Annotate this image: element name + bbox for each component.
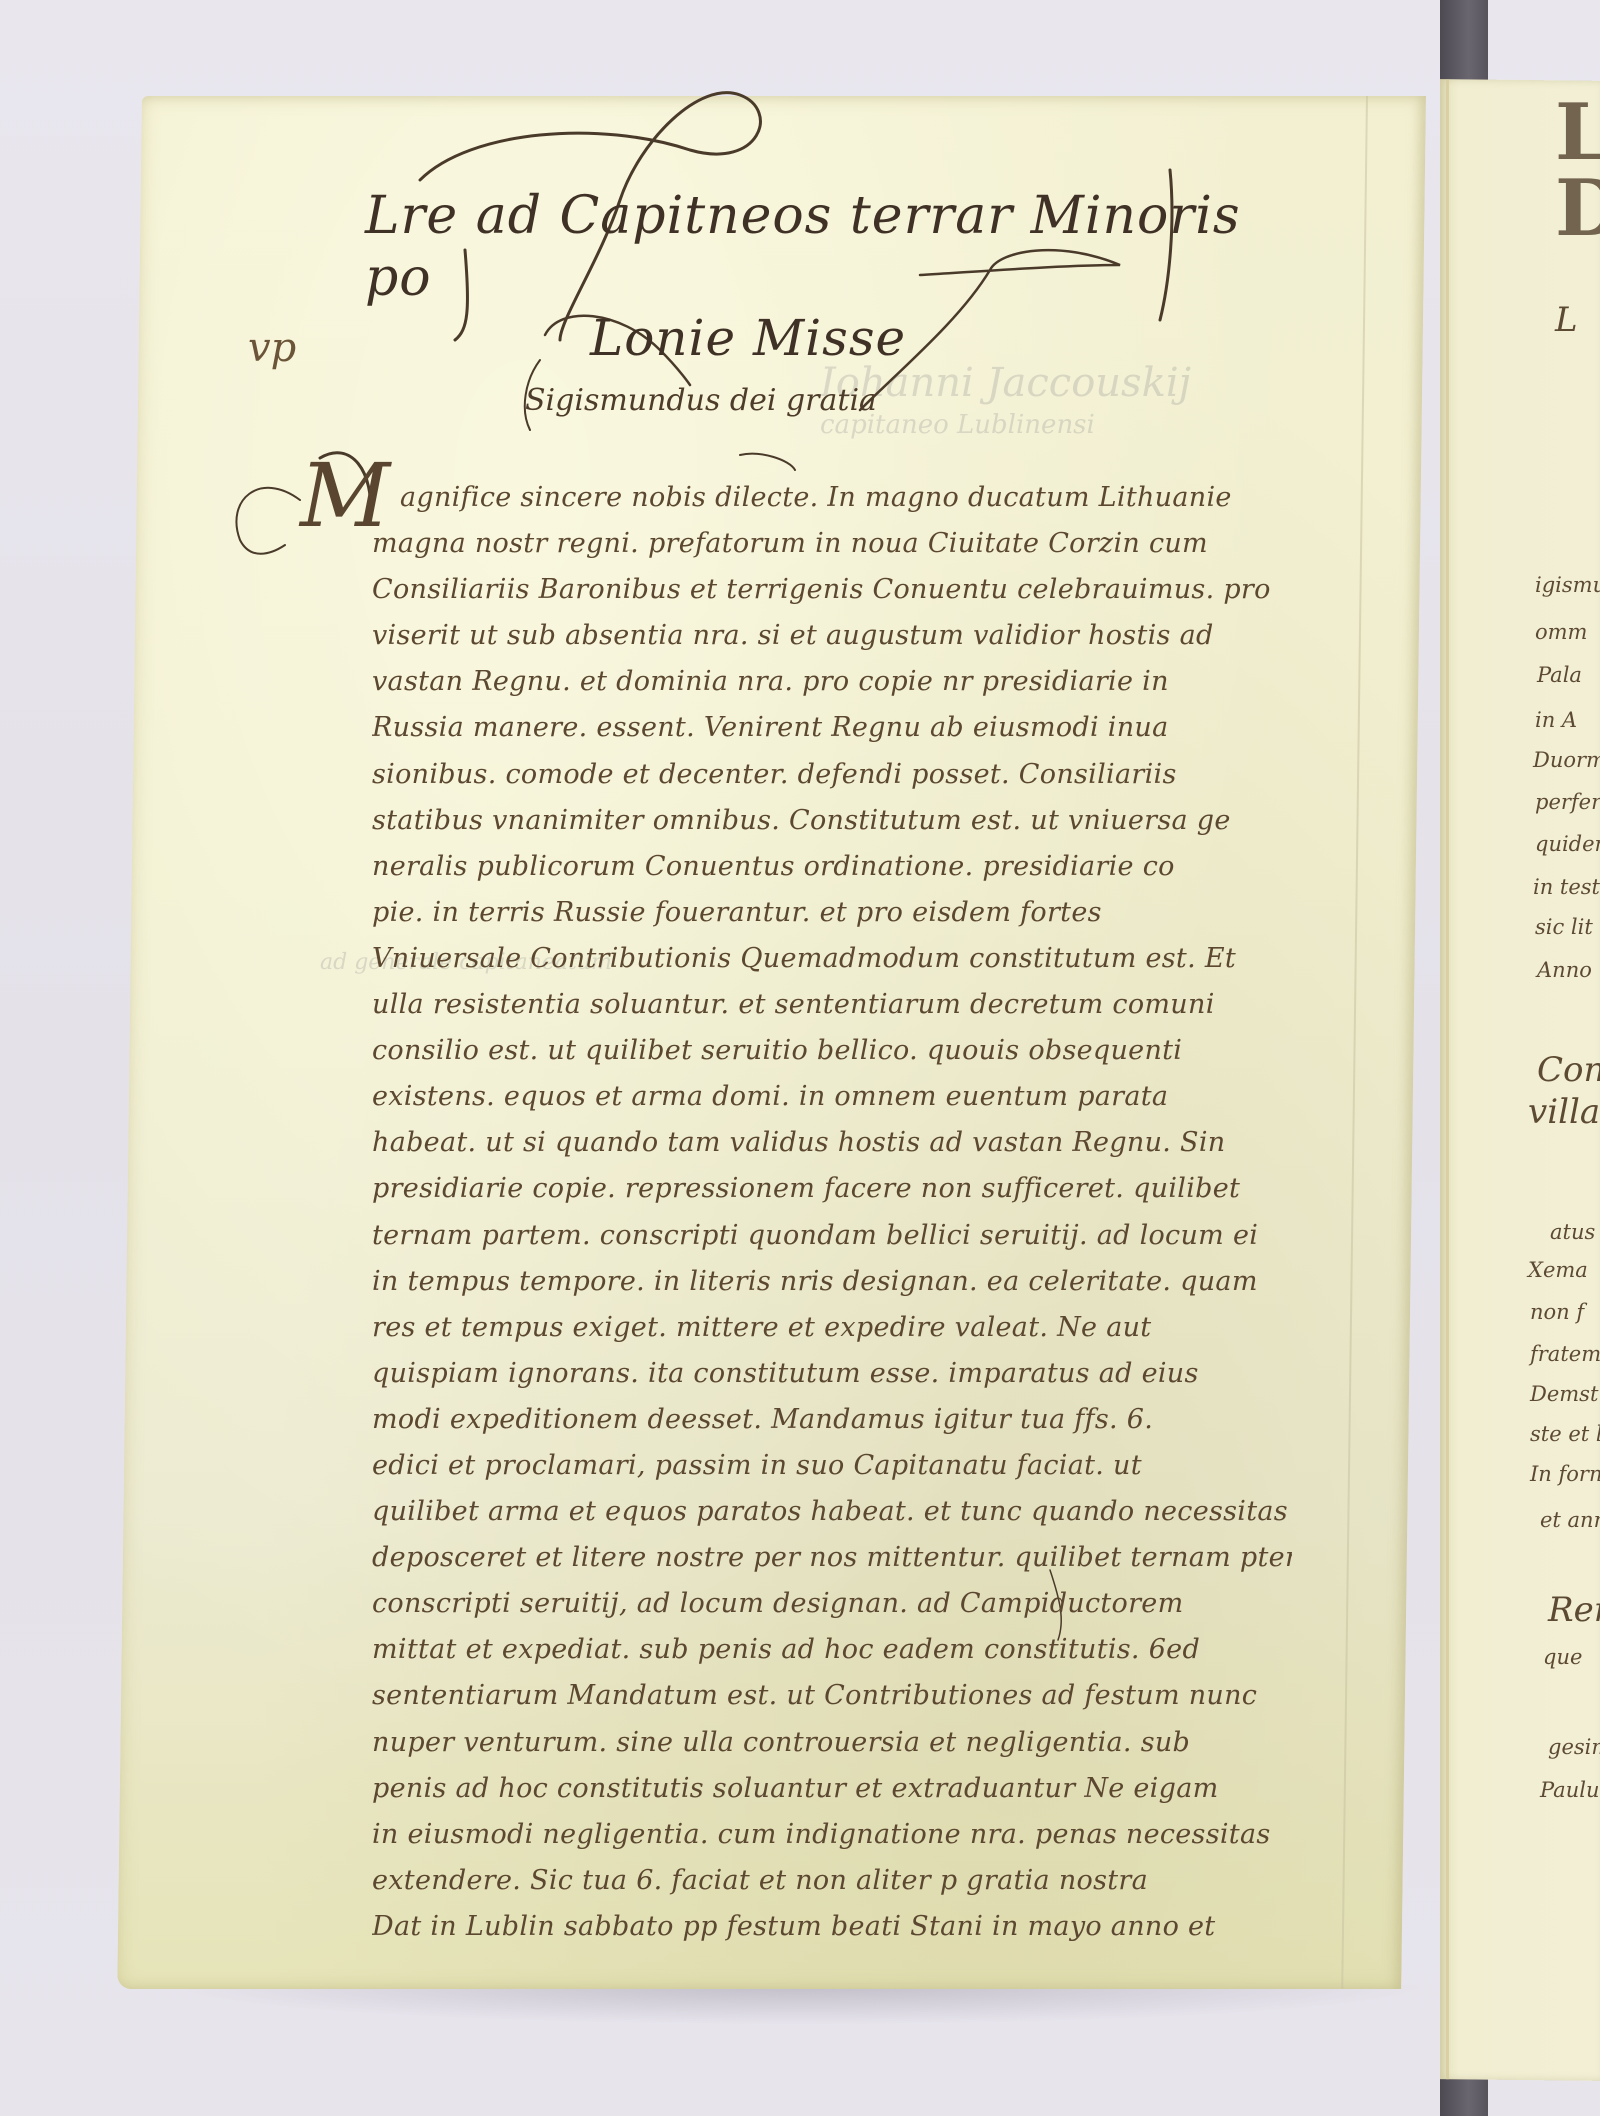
facing-title-line: Le	[1555, 95, 1600, 171]
facing-page-line: in test	[1533, 875, 1600, 899]
manuscript-line: viserit ut sub absentia nra. si et augus…	[372, 613, 1292, 659]
facing-page-line: gesim	[1548, 1735, 1600, 1759]
manuscript-line: Consiliariis Baronibus et terrigenis Con…	[372, 567, 1292, 613]
facing-page-line: quidem	[1535, 832, 1600, 856]
facing-page-line: non f	[1530, 1300, 1584, 1324]
manuscript-line: res et tempus exiget. mittere et expedir…	[372, 1305, 1292, 1351]
facing-page-line: omm	[1535, 620, 1587, 644]
manuscript-line: modi expeditionem deesset. Mandamus igit…	[372, 1397, 1292, 1443]
manuscript-line: ulla resistentia soluantur. et sententia…	[372, 982, 1292, 1028]
manuscript-line: ternam partem. conscripti quondam bellic…	[372, 1213, 1292, 1259]
manuscript-line: edici et proclamari, passim in suo Capit…	[372, 1443, 1292, 1489]
manuscript-line: existens. equos et arma domi. in omnem e…	[372, 1074, 1292, 1120]
manuscript-line: statibus vnanimiter omnibus. Constitutum…	[372, 798, 1292, 844]
facing-page-line: atus	[1550, 1220, 1595, 1244]
manuscript-line: mittat et expediat. sub penis ad hoc ead…	[372, 1627, 1292, 1673]
salutation: Sigismundus dei gratia	[525, 383, 877, 418]
manuscript-line: habeat. ut si quando tam validus hostis …	[372, 1120, 1292, 1166]
letter-body: agnifice sincere nobis dilecte. In magno…	[372, 475, 1292, 1950]
manuscript-line: presidiarie copie. repressionem facere n…	[372, 1166, 1292, 1212]
manuscript-line: pie. in terris Russie fouerantur. et pro…	[372, 890, 1292, 936]
facing-page-line: Ren	[1548, 1590, 1600, 1630]
facing-page-title: Le Da	[1555, 95, 1600, 247]
facing-page-line: Con	[1537, 1050, 1600, 1090]
letter-heading: Lre ad Capitneos terrar Minoris po Lonie…	[365, 185, 1265, 367]
facing-page-line: sic lit	[1535, 915, 1593, 939]
facing-page-line: ste et l	[1530, 1422, 1600, 1446]
manuscript-line: in eiusmodi negligentia. cum indignation…	[372, 1812, 1292, 1858]
manuscript-line: neralis publicorum Conuentus ordinatione…	[372, 844, 1292, 890]
manuscript-line: quispiam ignorans. ita constitutum esse.…	[372, 1351, 1292, 1397]
facing-title-line: Da	[1555, 171, 1600, 247]
facing-page-line: In forn	[1530, 1462, 1600, 1486]
manuscript-line: magna nostr regni. prefatorum in noua Ci…	[372, 521, 1292, 567]
manuscript-line: extendere. Sic tua 6. faciat et non alit…	[372, 1858, 1292, 1904]
manuscript-line: Russia manere. essent. Venirent Regnu ab…	[372, 705, 1292, 751]
page-edge	[1446, 79, 1449, 2079]
facing-page-line: Pala	[1537, 663, 1582, 687]
manuscript-line: agnifice sincere nobis dilecte. In magno…	[400, 475, 1292, 521]
manuscript-line: consilio est. ut quilibet seruitio belli…	[372, 1028, 1292, 1074]
manuscript-line: conscripti seruitij, ad locum designan. …	[372, 1581, 1292, 1627]
margin-annotation: vp	[248, 325, 296, 371]
facing-page-line: Duorm	[1533, 748, 1600, 772]
manuscript-line: Dat in Lublin sabbato pp festum beati St…	[372, 1904, 1292, 1950]
facing-page-line: fratem	[1530, 1342, 1600, 1366]
facing-page-line: L	[1555, 300, 1578, 340]
heading-line-1: Lre ad Capitneos terrar Minoris po	[365, 185, 1265, 309]
manuscript-line: deposceret et litere nostre per nos mitt…	[372, 1535, 1292, 1581]
manuscript-line: sententiarum Mandatum est. ut Contributi…	[372, 1673, 1292, 1719]
manuscript-line: penis ad hoc constitutis soluantur et ex…	[372, 1766, 1292, 1812]
manuscript-line: sionibus. comode et decenter. defendi po…	[372, 752, 1292, 798]
facing-page-line: igismu	[1535, 573, 1600, 597]
facing-page-line: que	[1543, 1645, 1582, 1669]
facing-page-line: villan	[1528, 1092, 1600, 1132]
facing-page-line: Xema	[1528, 1258, 1588, 1282]
manuscript-line: in tempus tempore. in literis nris desig…	[372, 1259, 1292, 1305]
facing-page-line: et ann	[1540, 1508, 1600, 1532]
facing-page-line: Demst	[1530, 1382, 1598, 1406]
facing-page-line: in A	[1535, 708, 1577, 732]
page-shadow	[170, 1985, 1430, 2025]
heading-line-2: Lonie Misse	[590, 309, 1265, 367]
facing-page-line: Anno	[1537, 958, 1592, 982]
manuscript-line: Vniuersale Contributionis Quemadmodum co…	[372, 936, 1292, 982]
manuscript-line: quilibet arma et equos paratos habeat. e…	[372, 1489, 1292, 1535]
manuscript-line: vastan Regnu. et dominia nra. pro copie …	[372, 659, 1292, 705]
facing-page-line: perfere	[1535, 790, 1600, 814]
facing-page-line: Paulu	[1540, 1778, 1599, 1802]
manuscript-line: nuper venturum. sine ulla controuersia e…	[372, 1720, 1292, 1766]
